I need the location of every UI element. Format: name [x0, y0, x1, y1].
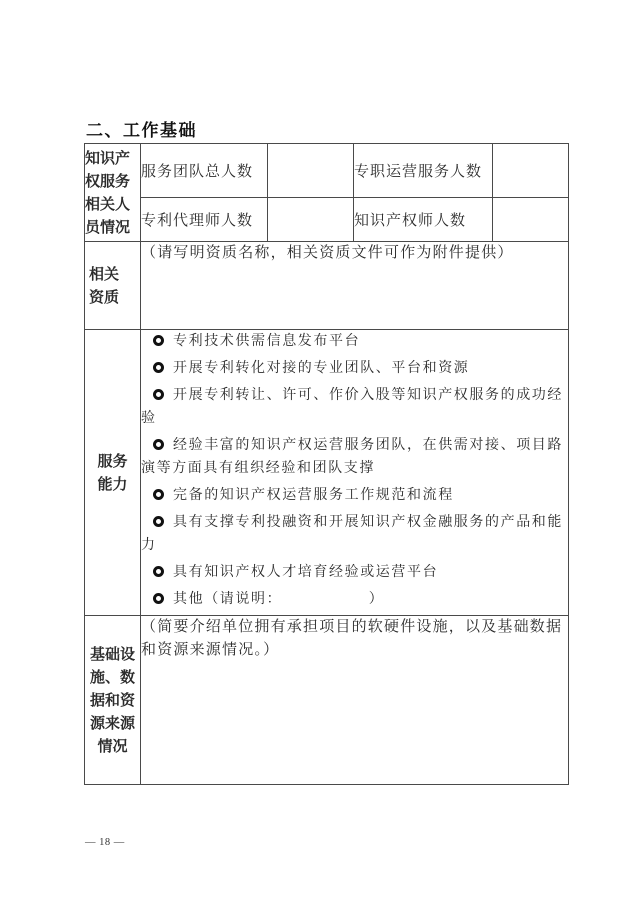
capability-item: 经验丰富的知识产权运营服务团队，在供需对接、项目路演等方面具有组织经验和团队支撑 — [141, 434, 568, 480]
bullet-ring-icon — [153, 362, 164, 373]
capability-item: 完备的知识产权运营服务工作规范和流程 — [141, 484, 568, 507]
bullet-ring-icon — [153, 593, 164, 604]
field-team-total — [268, 144, 354, 198]
qualifications-section-header: 相关 资质 — [85, 242, 141, 330]
bullet-ring-icon — [153, 389, 164, 400]
qualifications-hint: （请写明资质名称，相关资质文件可作为附件提供） — [141, 242, 569, 330]
label-fulltime-ops: 专职运营服务人数 — [354, 144, 493, 198]
capability-section-header: 服务 能力 — [85, 330, 141, 616]
bullet-ring-icon — [153, 489, 164, 500]
field-fulltime-ops — [493, 144, 569, 198]
bullet-ring-icon — [153, 439, 164, 450]
capability-item: 开展专利转让、许可、作价入股等知识产权服务的成功经验 — [141, 384, 568, 430]
infrastructure-hint: （简要介绍单位拥有承担项目的软硬件设施，以及基础数据和资源来源情况。） — [141, 616, 569, 785]
bullet-ring-icon — [153, 566, 164, 577]
bullet-ring-icon — [153, 335, 164, 346]
table-row: 相关 资质 （请写明资质名称，相关资质文件可作为附件提供） — [85, 242, 569, 330]
label-ip-professionals: 知识产权师人数 — [354, 198, 493, 242]
table-row: 知识产 权服务 相关人 员情况 服务团队总人数 专职运营服务人数 — [85, 144, 569, 198]
capability-item: 具有知识产权人才培育经验或运营平台 — [141, 561, 568, 584]
infrastructure-section-header: 基础设 施、数 据和资 源来源 情况 — [85, 616, 141, 785]
capability-item: 具有支撑专利投融资和开展知识产权金融服务的产品和能力 — [141, 511, 568, 557]
capability-item: 专利技术供需信息发布平台 — [141, 330, 568, 353]
label-patent-agents: 专利代理师人数 — [141, 198, 268, 242]
table-row: 专利代理师人数 知识产权师人数 — [85, 198, 569, 242]
work-foundation-table: 知识产 权服务 相关人 员情况 服务团队总人数 专职运营服务人数 专利代理师人数… — [84, 143, 569, 785]
page-title: 二、工作基础 — [86, 116, 197, 141]
table-row: 基础设 施、数 据和资 源来源 情况 （简要介绍单位拥有承担项目的软硬件设施，以… — [85, 616, 569, 785]
page-number: — 18 — — [85, 837, 125, 848]
personnel-section-header: 知识产 权服务 相关人 员情况 — [85, 144, 141, 242]
bullet-ring-icon — [153, 516, 164, 527]
capability-list: 专利技术供需信息发布平台 开展专利转化对接的专业团队、平台和资源 开展专利转让、… — [141, 330, 569, 616]
field-patent-agents — [268, 198, 354, 242]
capability-item: 其他（请说明： ） — [141, 588, 568, 611]
capability-item: 开展专利转化对接的专业团队、平台和资源 — [141, 357, 568, 380]
label-team-total: 服务团队总人数 — [141, 144, 268, 198]
field-ip-professionals — [493, 198, 569, 242]
table-row: 服务 能力 专利技术供需信息发布平台 开展专利转化对接的专业团队、平台和资源 开… — [85, 330, 569, 616]
